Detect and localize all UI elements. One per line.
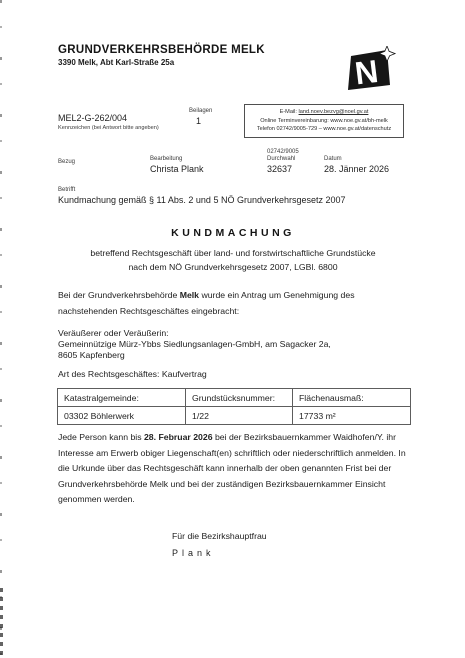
notice-deadline: 28. Februar 2026 <box>144 432 213 442</box>
seller-line1: Gemeinnützige Mürz-Ybbs Siedlungsanlagen… <box>58 339 331 350</box>
scan-edge-noise-bottom <box>0 588 3 658</box>
datum-label: Datum <box>324 156 342 162</box>
enclosures-label: Beilagen <box>189 108 212 114</box>
noe-n-logo-icon: N <box>342 46 396 99</box>
document-title: KUNDMACHUNG <box>56 227 410 239</box>
intro-paragraph: Bei der Grundverkehrsbehörde Melk wurde … <box>58 288 392 319</box>
signature-role: Für die Bezirkshauptfrau <box>172 531 267 541</box>
parcel-table-header-row: Katastralgemeinde: Grundstücksnummer: Fl… <box>58 389 411 407</box>
intro-pre: Bei der Grundverkehrsbehörde <box>58 290 180 300</box>
svg-text:N: N <box>353 53 380 92</box>
transaction-type: Art des Rechtsgeschäftes: Kaufvertrag <box>58 369 207 379</box>
parcel-header-number: Grundstücksnummer: <box>186 389 293 407</box>
contact-line2: Online Terminvereinbarung: www.noe.gv.at… <box>245 117 403 126</box>
intro-bold: Melk <box>180 290 199 300</box>
notice-post: bei der Bezirksbauernkammer Waidhofen/Y.… <box>58 432 406 504</box>
bezug-label: Bezug <box>58 159 75 165</box>
notice-paragraph: Jede Person kann bis 28. Februar 2026 be… <box>58 430 410 508</box>
seller-label: Veräußerer oder Veräußerin: <box>58 328 331 339</box>
contact-email: land.noev.bezvg@noel.gv.at <box>299 109 369 115</box>
betrifft-label: Betrifft <box>58 187 75 193</box>
signature-name: Plank <box>172 548 215 558</box>
contact-info-box: E-Mail: land.noev.bezvg@noel.gv.at Onlin… <box>244 104 404 138</box>
parcel-header-area: Flächenausmaß: <box>293 389 411 407</box>
scanned-letter-page: GRUNDVERKEHRSBEHÖRDE MELK 3390 Melk, Abt… <box>0 0 465 658</box>
datum-value: 28. Jänner 2026 <box>324 164 389 174</box>
bearbeitung-label: Bearbeitung <box>150 156 182 162</box>
bearbeitung-value: Christa Plank <box>150 164 204 174</box>
phone-prefix: 02742/9005 <box>267 149 299 155</box>
parcel-table-data-row: 03302 Böhlerwerk 1/22 17733 m² <box>58 407 411 425</box>
contact-line3: Telefon 02742/9005-729 – www.noe.gv.at/d… <box>245 125 403 134</box>
file-number-hint: Kennzeichen (bei Antwort bitte angeben) <box>58 125 159 131</box>
seller-line2: 8605 Kapfenberg <box>58 350 331 361</box>
enclosures-value: 1 <box>196 116 201 126</box>
subtitle-line2: nach dem NÖ Grundverkehrsgesetz 2007, LG… <box>56 262 410 272</box>
durchwahl-label: Durchwahl <box>267 156 295 162</box>
subtitle-line1: betreffend Rechtsgeschäft über land- und… <box>56 248 410 258</box>
parcel-cell-kg: 03302 Böhlerwerk <box>58 407 186 425</box>
durchwahl-value: 32637 <box>267 164 292 174</box>
parcel-cell-area: 17733 m² <box>293 407 411 425</box>
parcel-header-kg: Katastralgemeinde: <box>58 389 186 407</box>
parcel-cell-number: 1/22 <box>186 407 293 425</box>
parcel-table: Katastralgemeinde: Grundstücksnummer: Fl… <box>57 388 411 425</box>
contact-email-label: E-Mail: <box>280 109 299 115</box>
contact-email-line: E-Mail: land.noev.bezvg@noel.gv.at <box>245 108 403 117</box>
scan-edge-noise <box>0 0 2 658</box>
org-name: GRUNDVERKEHRSBEHÖRDE MELK <box>58 44 265 56</box>
notice-pre: Jede Person kann bis <box>58 432 144 442</box>
file-number: MEL2-G-262/004 <box>58 113 127 123</box>
org-address: 3390 Melk, Abt Karl-Straße 25a <box>58 58 174 67</box>
seller-block: Veräußerer oder Veräußerin: Gemeinnützig… <box>58 328 331 362</box>
subject-line: Kundmachung gemäß § 11 Abs. 2 und 5 NÖ G… <box>58 195 346 205</box>
